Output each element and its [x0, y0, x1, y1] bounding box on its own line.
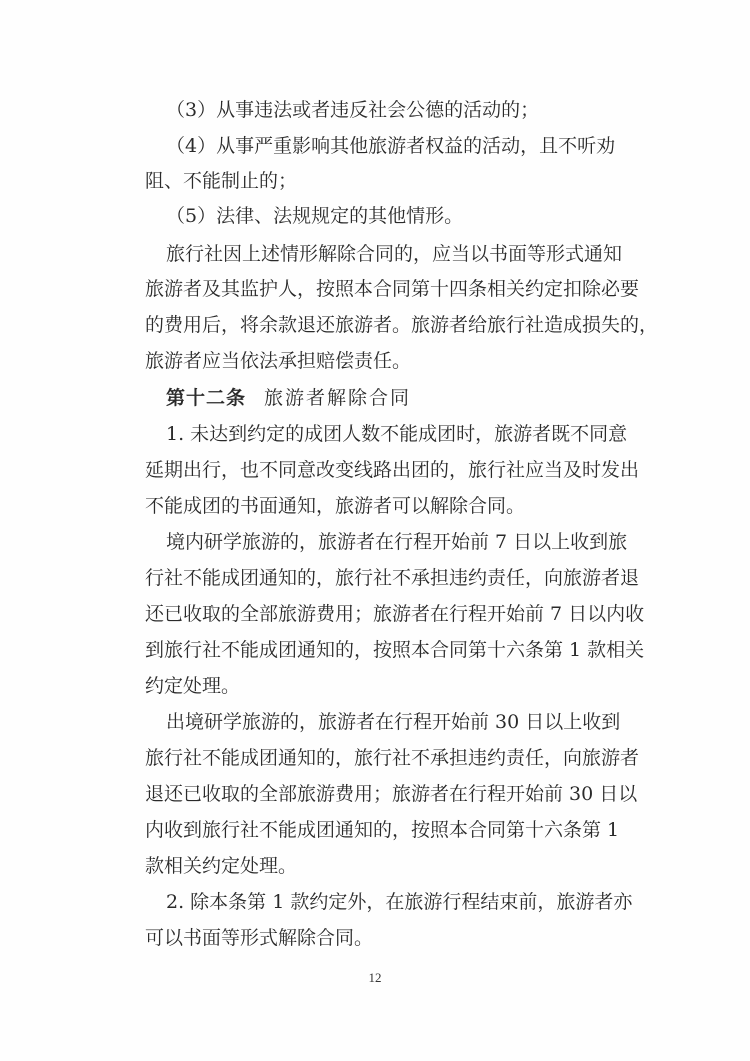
- paragraph-line: 退还已收取的全部旅游费用；旅游者在行程开始前 30 日以: [145, 779, 607, 809]
- paragraph-line: 延期出行，也不同意改变线路出团的，旅行社应当及时发出: [145, 455, 607, 485]
- paragraph-outbound-study-tour: 出境研学旅游的，旅游者在行程开始前 30 日以上收到: [166, 707, 607, 737]
- paragraph-line: 旅游者及其监护人，按照本合同第十四条相关约定扣除必要: [145, 274, 607, 304]
- paragraph-line: 到旅行社不能成团通知的，按照本合同第十六条第 1 款相关: [145, 635, 607, 665]
- document-page: （3）从事违法或者违反社会公德的活动的； （4）从事严重影响其他旅游者权益的活动…: [0, 0, 750, 1061]
- clause-2: 2. 除本条第 1 款约定外，在旅游行程结束前，旅游者亦: [166, 887, 607, 917]
- paragraph-line: 款相关约定处理。: [145, 851, 607, 881]
- paragraph-line: 内收到旅行社不能成团通知的，按照本合同第十六条第 1: [145, 815, 607, 845]
- article-title: 旅游者解除合同: [264, 387, 411, 409]
- list-item-3: （3）从事违法或者违反社会公德的活动的；: [166, 95, 607, 125]
- list-item-4-continued: 阻、不能制止的；: [145, 166, 607, 196]
- page-number: 12: [0, 970, 750, 986]
- paragraph-domestic-study-tour: 境内研学旅游的，旅游者在行程开始前 7 日以上收到旅: [166, 527, 607, 557]
- paragraph-line: 可以书面等形式解除合同。: [145, 923, 607, 953]
- paragraph-line: 的费用后，将余款退还旅游者。旅游者给旅行社造成损失的，: [145, 310, 607, 340]
- list-item-5: （5）法律、法规规定的其他情形。: [166, 201, 607, 231]
- paragraph-line: 不能成团的书面通知，旅游者可以解除合同。: [145, 491, 607, 521]
- paragraph-line: 还已收取的全部旅游费用；旅游者在行程开始前 7 日以内收: [145, 599, 607, 629]
- paragraph-agency-termination: 旅行社因上述情形解除合同的，应当以书面等形式通知: [166, 239, 607, 269]
- paragraph-line: 旅行社不能成团通知的，旅行社不承担违约责任，向旅游者: [145, 743, 607, 773]
- paragraph-line: 旅游者应当依法承担赔偿责任。: [145, 346, 607, 376]
- article-number: 第十二条: [166, 387, 246, 409]
- list-item-4: （4）从事严重影响其他旅游者权益的活动，且不听劝: [166, 131, 607, 161]
- article-heading: 第十二条旅游者解除合同: [166, 383, 607, 413]
- paragraph-line: 约定处理。: [145, 671, 607, 701]
- clause-1: 1. 未达到约定的成团人数不能成团时，旅游者既不同意: [166, 419, 607, 449]
- paragraph-line: 行社不能成团通知的，旅行社不承担违约责任，向旅游者退: [145, 563, 607, 593]
